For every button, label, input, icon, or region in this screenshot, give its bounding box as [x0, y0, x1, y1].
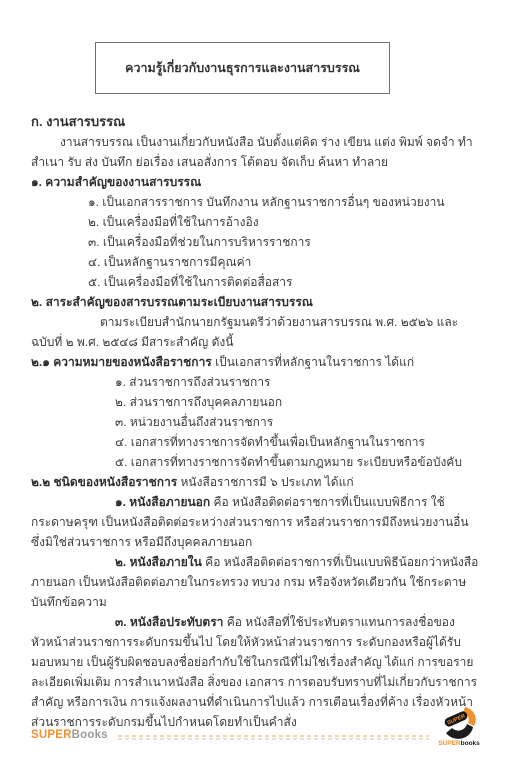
footer-brand-super: SUPER [31, 729, 72, 741]
page-title: ความรู้เกี่ยวกับงานธุรการและงานสารบรรณ [125, 58, 360, 78]
subsection-2-1-title: ๒.๑ ความหมายของหนังสือราชการ [31, 355, 212, 369]
logo-text-books: books [461, 740, 480, 747]
footer-logo-text: SUPERbooks [438, 740, 480, 748]
letter-type-name: ๑. หนังสือภายนอก [115, 495, 210, 509]
list-item: ๕. เป็นเครื่องมือที่ใช้ในการติดต่อสื่อสา… [88, 272, 481, 292]
letter-type-internal: ๒. หนังสือภายใน คือ หนังสือติดต่อราชการท… [31, 552, 481, 612]
list-item: ๔. เป็นหลักฐานราชการมีคุณค่า [88, 252, 481, 272]
list-item: ๒. เป็นเครื่องมือที่ใช้ในการอ้างอิง [88, 212, 481, 232]
list-item: ๑. เป็นเอกสารราชการ บันทึกงาน หลักฐานราช… [88, 192, 481, 212]
list-item: ๓. เป็นเครื่องมือที่ช่วยในการบริหารราชกา… [88, 232, 481, 252]
subsection-2-2-heading: ๒.๒ ชนิดของหนังสือราชการ หนังสือราชการมี… [31, 472, 481, 492]
list-item: ๔. เอกสารที่ทางราชการจัดทำขึ้นเพื่อเป็นห… [115, 432, 481, 452]
logo-text-super: SUPER [438, 740, 460, 747]
document-body: ก. งานสารบรรณ งานสารบรรณ เป็นงานเกี่ยวกั… [31, 112, 481, 732]
section-2-heading: ๒. สาระสำคัญของสารบรรณตามระเบียบงานสารบร… [31, 292, 481, 312]
list-item: ๑. ส่วนราชการถึงส่วนราชการ [115, 372, 481, 392]
section-a-heading: ก. งานสารบรรณ [31, 112, 481, 132]
subsection-2-1-heading: ๒.๑ ความหมายของหนังสือราชการ เป็นเอกสารท… [31, 352, 481, 372]
footer-logo: SUPER SUPERbooks [435, 706, 483, 748]
section-a-intro: งานสารบรรณ เป็นงานเกี่ยวกับหนังสือ นับตั… [31, 132, 481, 172]
section-2-intro: ตามระเบียบสำนักนายกรัฐมนตรีว่าด้วยงานสาร… [31, 312, 481, 352]
list-item: ๕. เอกสารที่ทางราชการจัดทำขึ้นตามกฎหมาย … [115, 452, 481, 472]
list-item: ๓. หน่วยงานอื่นถึงส่วนราชการ [115, 412, 481, 432]
letter-type-desc: คือ หนังสือติดต่อราชการที่เป็นแบบพิธีการ… [31, 495, 469, 549]
footer-brand-books: Books [72, 729, 108, 741]
section-1-heading: ๑. ความสำคัญของงานสารบรรณ [31, 172, 481, 192]
letter-type-desc: คือ หนังสือติดต่อราชการที่เป็นแบบพิธีน้อ… [31, 555, 478, 609]
subsection-2-1-rest: เป็นเอกสารที่หลักฐานในราชการ ได้แก่ [212, 355, 414, 369]
superbooks-swoosh-icon: SUPER [440, 706, 478, 740]
letter-type-name: ๒. หนังสือภายใน [115, 555, 202, 569]
title-box: ความรู้เกี่ยวกับงานธุรการและงานสารบรรณ [95, 42, 390, 94]
list-item: ๒. ส่วนราชการถึงบุคคลภายนอก [115, 392, 481, 412]
footer-brand: SUPERBooks [31, 725, 108, 745]
meaning-list: ๑. ส่วนราชการถึงส่วนราชการ ๒. ส่วนราชการ… [31, 372, 481, 472]
importance-list: ๑. เป็นเอกสารราชการ บันทึกงาน หลักฐานราช… [31, 192, 481, 292]
footer-dashed-divider [118, 735, 429, 740]
document-page: ความรู้เกี่ยวกับงานธุรการและงานสารบรรณ ก… [0, 0, 511, 784]
page-footer: SUPERBooks SUPER SUPERbooks [31, 706, 483, 748]
letter-type-name: ๓. หนังสือประทับตรา [115, 615, 223, 629]
letter-type-external: ๑. หนังสือภายนอก คือ หนังสือติดต่อราชการ… [31, 492, 481, 552]
subsection-2-2-title: ๒.๒ ชนิดของหนังสือราชการ [31, 475, 177, 489]
subsection-2-2-rest: หนังสือราชการมี ๖ ประเภท ได้แก่ [177, 475, 353, 489]
